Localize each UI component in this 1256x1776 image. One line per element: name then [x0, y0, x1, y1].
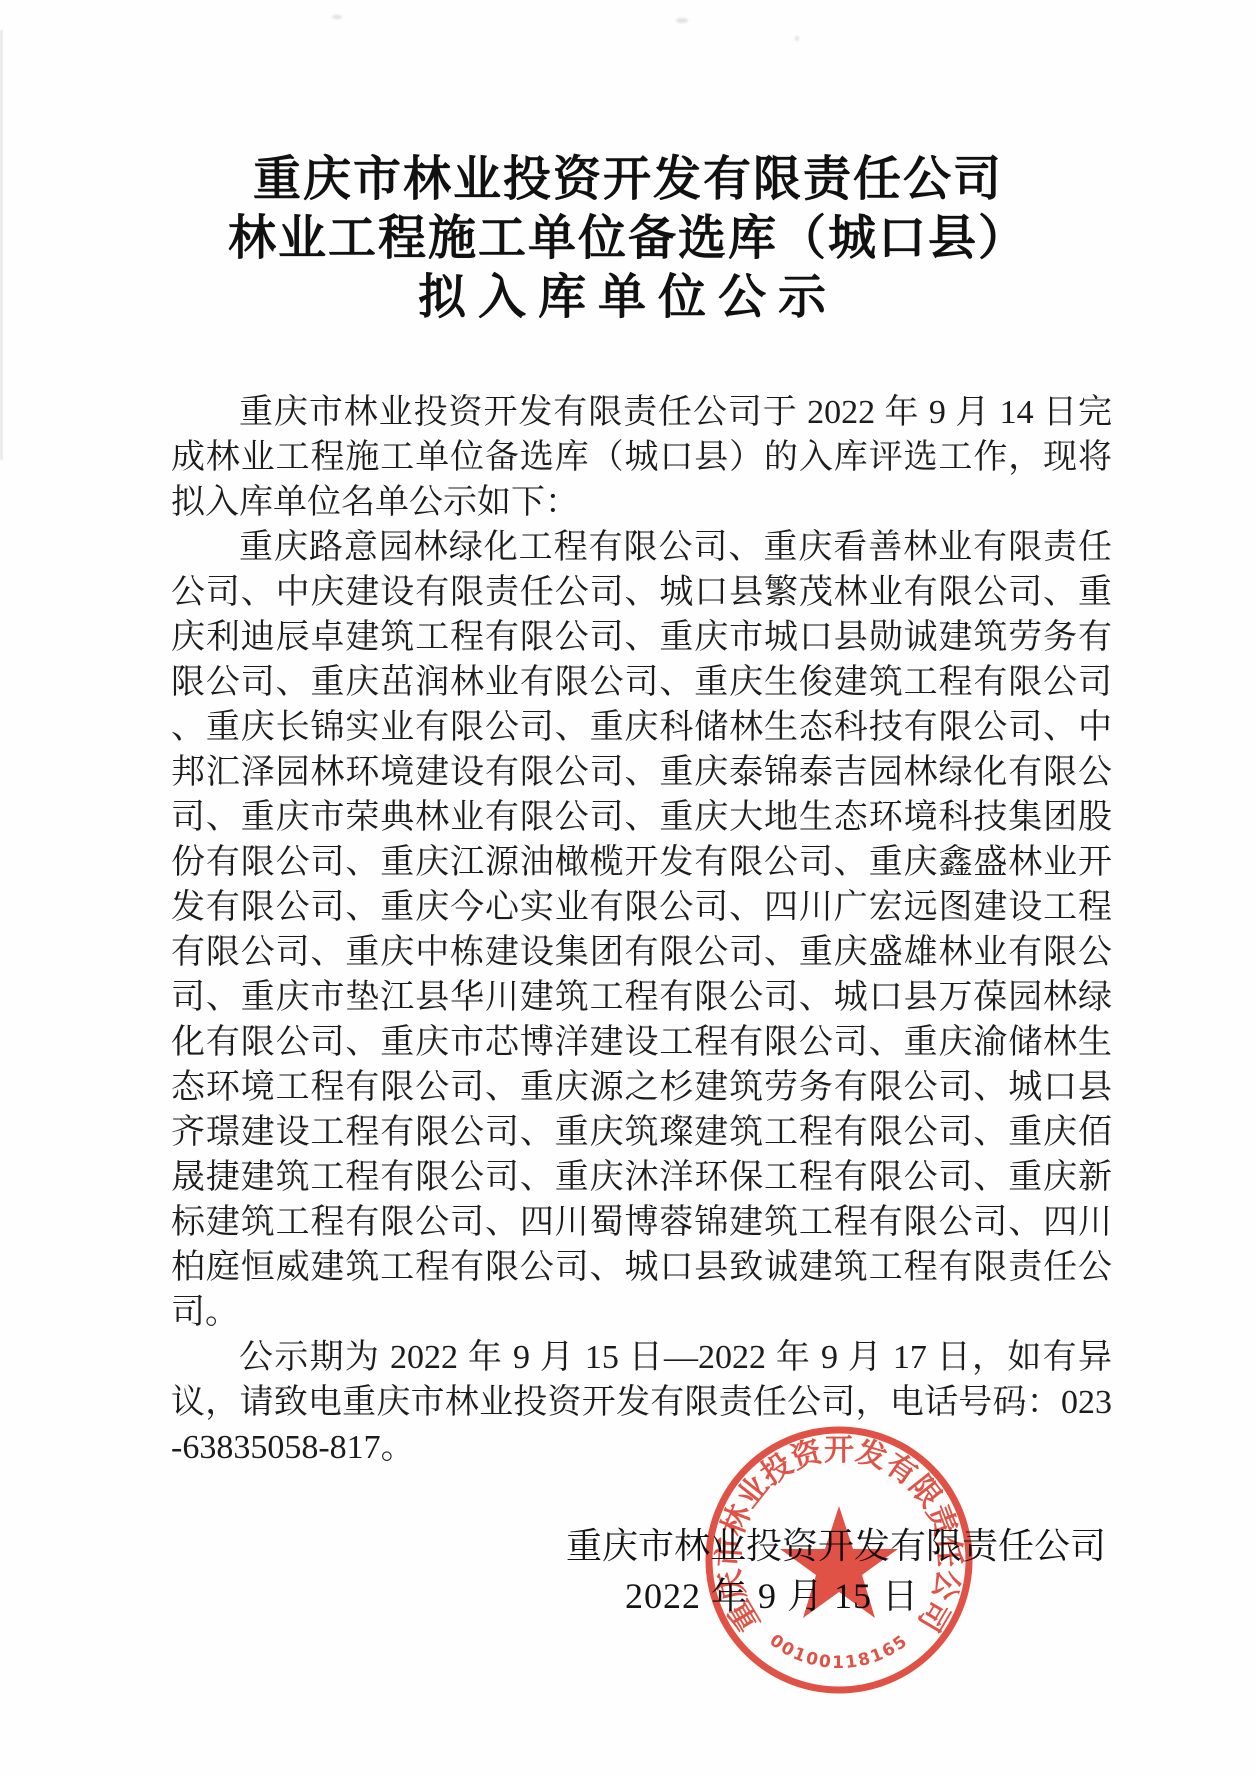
- title-line-1: 重庆市林业投资开发有限责任公司: [0, 150, 1256, 209]
- paragraph-intro: 重庆市林业投资开发有限责任公司于 2022 年 9 月 14 日完成林业工程施工…: [171, 390, 1112, 525]
- document-page: 重庆市林业投资开发有限责任公司 林业工程施工单位备选库（城口县） 拟入库单位公示…: [0, 0, 1256, 1776]
- company-seal: 重庆市林业投资开发有限责任公司 5001001181656: [699, 1420, 979, 1700]
- scan-artifact: [795, 36, 799, 41]
- document-title: 重庆市林业投资开发有限责任公司 林业工程施工单位备选库（城口县） 拟入库单位公示: [0, 150, 1256, 327]
- seal-star-icon: [780, 1506, 898, 1618]
- paragraph-company-list: 重庆路意园林绿化工程有限公司、重庆看善林业有限责任公司、中庆建设有限责任公司、城…: [171, 525, 1112, 1335]
- scan-artifact: [332, 15, 342, 19]
- document-body: 重庆市林业投资开发有限责任公司于 2022 年 9 月 14 日完成林业工程施工…: [171, 390, 1112, 1470]
- title-line-3: 拟入库单位公示: [0, 268, 1256, 327]
- scan-artifact: [676, 18, 688, 23]
- title-line-2: 林业工程施工单位备选库（城口县）: [0, 209, 1256, 268]
